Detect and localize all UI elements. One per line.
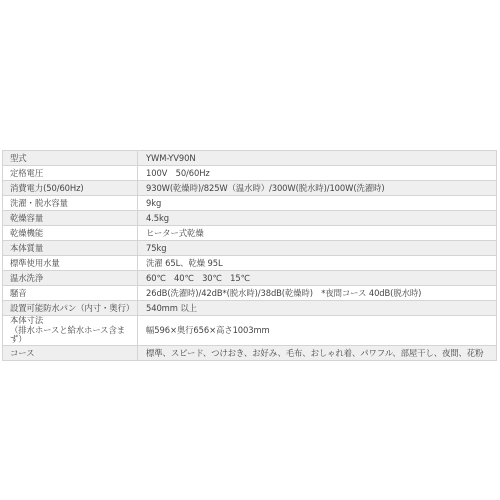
spec-value: 9kg [138, 196, 497, 211]
spec-row-hot-water-wash: 温水洗浄 60℃ 40℃ 30℃ 15℃ [3, 271, 497, 286]
spec-value: 4.5kg [138, 211, 497, 226]
spec-label: 乾燥容量 [3, 211, 138, 226]
spec-row-rated-voltage: 定格電圧 100V 50/60Hz [3, 166, 497, 181]
spec-value: 100V 50/60Hz [138, 166, 497, 181]
spec-row-dimensions: 本体寸法 （排水ホースと給水ホース含まず） 幅596×奥行656×高さ1003m… [3, 316, 497, 346]
spec-row-water-usage: 標準使用水量 洗濯 65L、乾燥 95L [3, 256, 497, 271]
spec-label: 標準使用水量 [3, 256, 138, 271]
spec-label-line2: （排水ホースと給水ホース含まず） [10, 326, 137, 345]
spec-value: ヒーター式乾燥 [138, 226, 497, 241]
spec-value: 540mm 以上 [138, 301, 497, 316]
spec-value: 標準、スピード、つけおき、お好み、毛布、おしゃれ着、パワフル、部屋干し、夜間、花… [138, 345, 497, 360]
spec-row-dry-capacity: 乾燥容量 4.5kg [3, 211, 497, 226]
spec-row-wash-capacity: 洗濯・脱水容量 9kg [3, 196, 497, 211]
spec-value: 幅596×奥行656×高さ1003mm [138, 316, 497, 346]
spec-value: YWM-YV90N [138, 151, 497, 166]
spec-row-weight: 本体質量 75kg [3, 241, 497, 256]
spec-row-dry-function: 乾燥機能 ヒーター式乾燥 [3, 226, 497, 241]
spec-label: 型式 [3, 151, 138, 166]
spec-label: コース [3, 345, 138, 360]
spec-row-power-consumption: 消費電力(50/60Hz) 930W(乾燥時)/825W（温水時）/300W(脱… [3, 181, 497, 196]
spec-label: 乾燥機能 [3, 226, 138, 241]
spec-label: 本体寸法 （排水ホースと給水ホース含まず） [3, 316, 138, 346]
spec-label: 本体質量 [3, 241, 138, 256]
spec-row-waterproof-pan: 設置可能防水パン（内寸・奥行） 540mm 以上 [3, 301, 497, 316]
spec-label: 定格電圧 [3, 166, 138, 181]
spec-table: 型式 YWM-YV90N 定格電圧 100V 50/60Hz 消費電力(50/6… [2, 150, 497, 361]
spec-row-model: 型式 YWM-YV90N [3, 151, 497, 166]
spec-label: 設置可能防水パン（内寸・奥行） [3, 301, 138, 316]
spec-label: 洗濯・脱水容量 [3, 196, 138, 211]
spec-row-courses: コース 標準、スピード、つけおき、お好み、毛布、おしゃれ着、パワフル、部屋干し、… [3, 345, 497, 360]
spec-value: 60℃ 40℃ 30℃ 15℃ [138, 271, 497, 286]
spec-label: 温水洗浄 [3, 271, 138, 286]
spec-label: 消費電力(50/60Hz) [3, 181, 138, 196]
spec-value: 930W(乾燥時)/825W（温水時）/300W(脱水時)/100W(洗濯時) [138, 181, 497, 196]
spec-value: 26dB(洗濯時)/42dB*(脱水時)/38dB(乾燥時) *夜間コース 40… [138, 286, 497, 301]
spec-row-noise: 騒音 26dB(洗濯時)/42dB*(脱水時)/38dB(乾燥時) *夜間コース… [3, 286, 497, 301]
spec-value: 洗濯 65L、乾燥 95L [138, 256, 497, 271]
spec-label: 騒音 [3, 286, 138, 301]
spec-value: 75kg [138, 241, 497, 256]
